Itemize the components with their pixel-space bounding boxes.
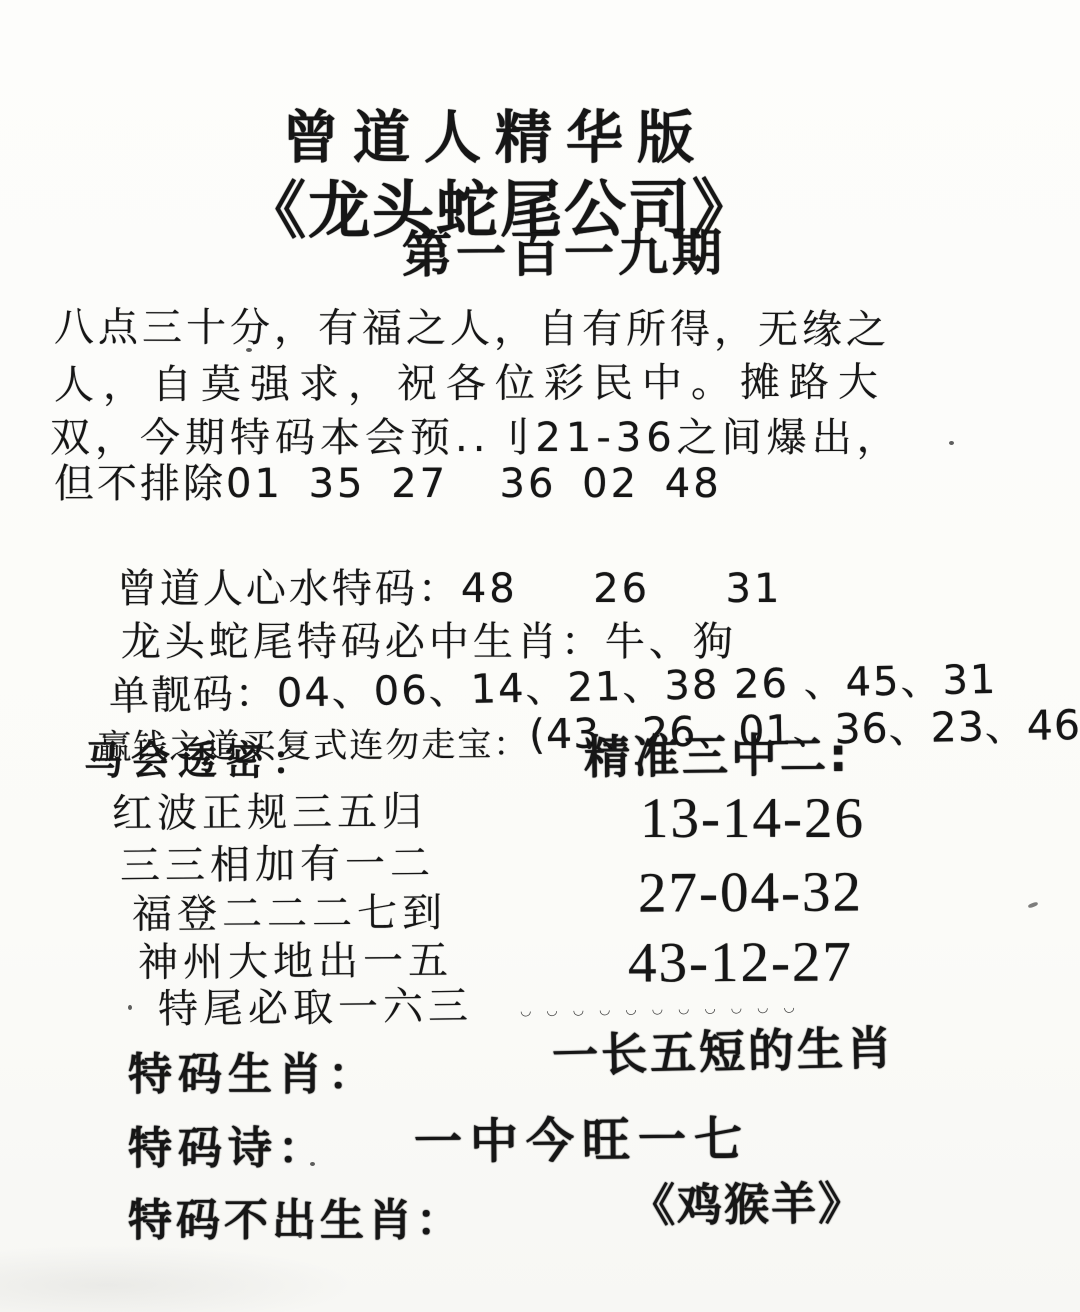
pick-numbers-1: 13-14-26 bbox=[640, 786, 865, 851]
ink-speck bbox=[298, 1232, 302, 1238]
intro-line-2: 人，自莫强求，祝各位彩民中。摊路大 bbox=[54, 351, 887, 411]
special-poem-value: 一中今旺一七 bbox=[414, 1101, 751, 1173]
ink-speck bbox=[949, 441, 954, 445]
picks-heading: 精准三中二: bbox=[584, 719, 851, 787]
ink-speck bbox=[1028, 901, 1039, 908]
intro-line-4: 但不排除01 35 27 36 02 48 bbox=[54, 452, 722, 509]
ink-speck bbox=[128, 1005, 132, 1010]
excluded-zodiac-label: 特码不出生肖： bbox=[128, 1184, 464, 1248]
excluded-zodiac-value: 《鸡猴羊》 bbox=[630, 1167, 866, 1234]
issue-number: 第一百一九期 bbox=[402, 213, 726, 287]
intro-line-1: 八点三十分，有福之人，自有所得，无缘之 bbox=[54, 296, 890, 356]
pick-numbers-3: 43-12-27 bbox=[628, 929, 853, 995]
pick-numbers-2: 27-04-32 bbox=[638, 859, 863, 925]
scan-smudge bbox=[0, 1245, 360, 1312]
ink-speck bbox=[310, 1162, 315, 1166]
special-zodiac-label: 特码生肖： bbox=[128, 1038, 378, 1102]
special-zodiac-value: 一长五短的生肖 bbox=[551, 1012, 896, 1086]
scanned-lottery-leaflet: 曾道人精华版 《龙头蛇尾公司》 第一百一九期 八点三十分，有福之人，自有所得，无… bbox=[0, 0, 1080, 1312]
special-poem-label: 特码诗： bbox=[128, 1112, 328, 1176]
ink-speck bbox=[246, 348, 252, 352]
poem-line: 特尾必取一六三 bbox=[158, 974, 474, 1034]
insider-heading: 马会透密： bbox=[84, 730, 319, 786]
poem-line: 红波正规三五归 bbox=[112, 780, 427, 839]
